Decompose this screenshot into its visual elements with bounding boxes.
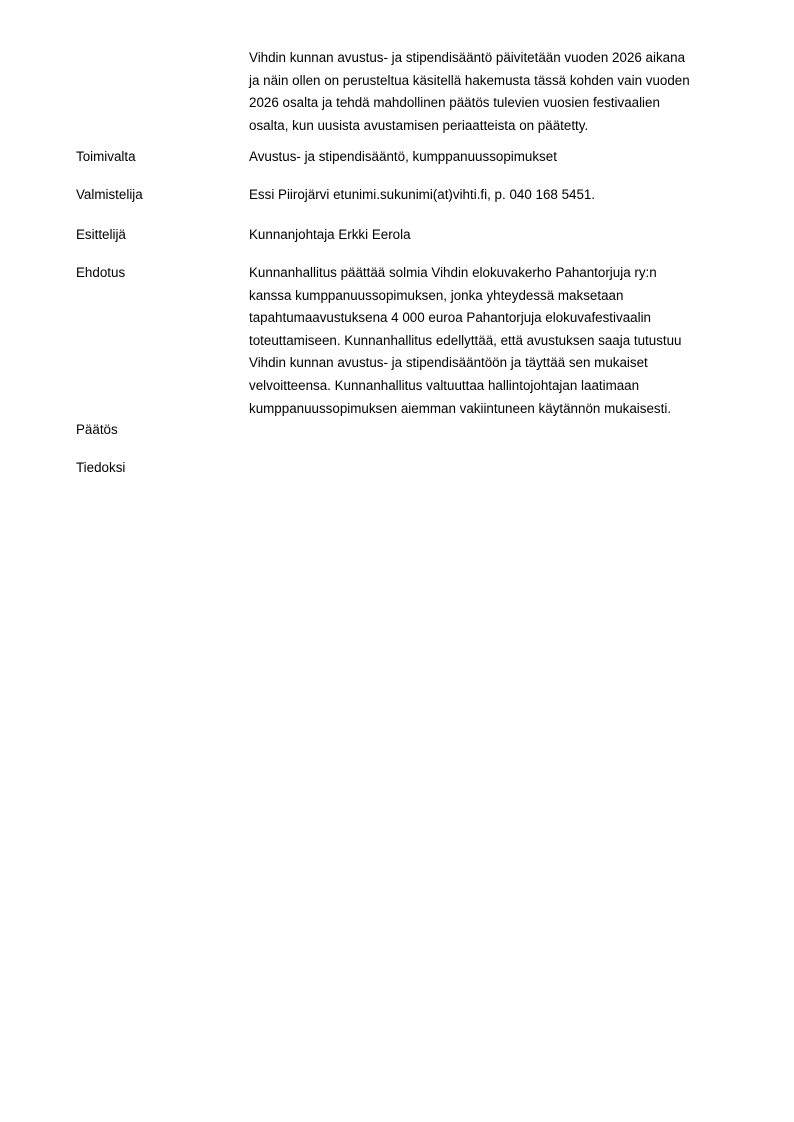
intro-line: 2026 osalta ja tehdä mahdollinen päätös …	[249, 92, 749, 115]
intro-line: Vihdin kunnan avustus- ja stipendisääntö…	[249, 47, 749, 70]
field-value: Avustus- ja stipendisääntö, kumppanuusso…	[249, 146, 557, 169]
ehdotus-line: kumppanuussopimuksen aiemman vakiintunee…	[249, 398, 749, 421]
field-label: Esittelijä	[76, 224, 126, 247]
intro-line: ja näin ollen on perusteltua käsitellä h…	[249, 70, 749, 93]
ehdotus-paragraph: Kunnanhallitus päättää solmia Vihdin elo…	[249, 262, 749, 420]
field-label: Valmistelija	[76, 184, 143, 207]
intro-paragraph: Vihdin kunnan avustus- ja stipendisääntö…	[249, 47, 749, 137]
field-label: Ehdotus	[76, 262, 125, 285]
ehdotus-line: Kunnanhallitus päättää solmia Vihdin elo…	[249, 262, 749, 285]
field-label: Toimivalta	[76, 146, 136, 169]
ehdotus-line: Vihdin kunnan avustus- ja stipendisääntö…	[249, 352, 749, 375]
field-label: Tiedoksi	[76, 457, 125, 480]
ehdotus-line: velvoitteensa. Kunnanhallitus valtuuttaa…	[249, 375, 749, 398]
field-value: Essi Piirojärvi etunimi.sukunimi(at)viht…	[249, 184, 595, 207]
intro-line: osalta, kun uusista avustamisen periaatt…	[249, 115, 749, 138]
ehdotus-line: tapahtumaavustuksena 4 000 euroa Pahanto…	[249, 307, 749, 330]
field-value: Kunnanjohtaja Erkki Eerola	[249, 224, 411, 247]
field-label: Päätös	[76, 419, 118, 442]
ehdotus-line: toteuttamiseen. Kunnanhallitus edellyttä…	[249, 330, 749, 353]
ehdotus-line: kanssa kumppanuussopimuksen, jonka yhtey…	[249, 285, 749, 308]
